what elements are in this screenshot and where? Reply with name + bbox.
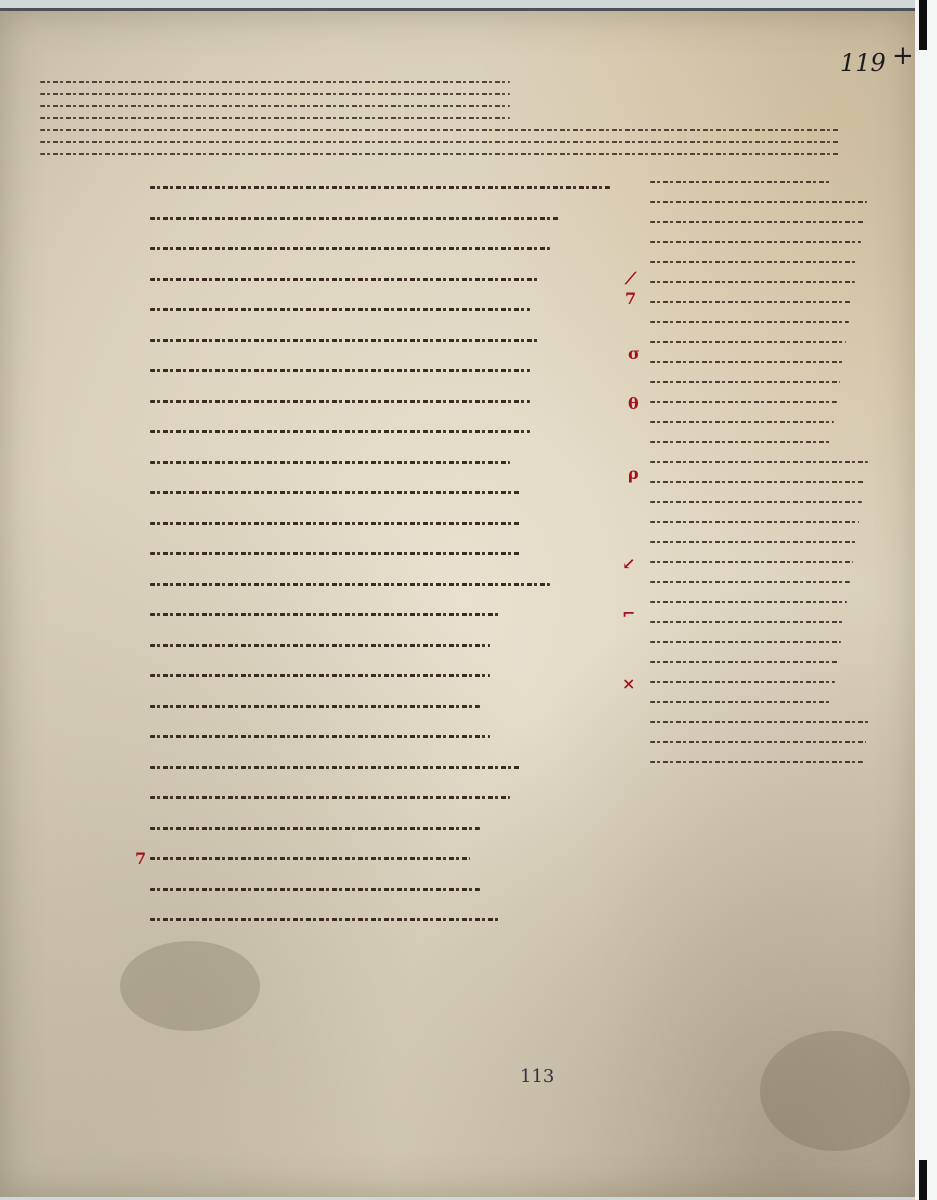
text-line	[650, 561, 853, 563]
text-line	[40, 141, 840, 143]
text-line	[150, 247, 550, 250]
text-line	[150, 888, 480, 891]
text-line	[650, 261, 858, 263]
text-line	[150, 552, 520, 555]
text-line	[40, 153, 840, 155]
text-line	[150, 674, 490, 677]
text-line	[150, 705, 480, 708]
text-line	[650, 181, 830, 183]
text-line	[650, 521, 859, 523]
text-line	[650, 341, 846, 343]
text-line	[650, 541, 856, 543]
text-line	[650, 701, 832, 703]
stain	[760, 1031, 910, 1151]
text-line	[150, 857, 470, 860]
rubric-marker: ↙	[622, 556, 635, 572]
text-line	[150, 827, 480, 830]
text-line	[150, 613, 500, 616]
text-line	[650, 661, 838, 663]
text-line	[40, 81, 510, 83]
text-line	[150, 278, 540, 281]
text-line	[650, 281, 855, 283]
text-line	[650, 241, 861, 243]
text-line	[650, 301, 852, 303]
text-line	[650, 641, 841, 643]
edge-bar	[919, 1160, 927, 1200]
folio-mark: +	[892, 41, 914, 71]
manuscript-page: ⟋7σθρ↙⌐×7 119 + 113	[0, 8, 918, 1197]
text-line	[150, 186, 610, 189]
bottom-page-number: 113	[520, 1066, 554, 1087]
text-line	[650, 361, 843, 363]
text-line	[650, 601, 847, 603]
rubric-marker: 7	[135, 851, 146, 867]
text-line	[650, 501, 862, 503]
text-line	[650, 461, 868, 463]
text-line	[650, 441, 831, 443]
text-line	[150, 583, 550, 586]
text-line	[650, 481, 865, 483]
stain	[120, 941, 260, 1031]
text-line	[650, 761, 863, 763]
scan-edge	[915, 0, 937, 1200]
text-line	[150, 217, 560, 220]
text-line	[150, 339, 540, 342]
text-line	[650, 321, 849, 323]
text-line	[650, 201, 867, 203]
text-line	[40, 105, 510, 107]
folio-number: 119	[840, 49, 886, 77]
text-line	[650, 581, 850, 583]
text-line	[650, 741, 866, 743]
text-line	[150, 308, 530, 311]
rubric-marker: 7	[625, 291, 636, 307]
text-line	[150, 735, 490, 738]
text-line	[150, 796, 510, 799]
text-line	[150, 522, 520, 525]
text-line	[40, 129, 840, 131]
rubric-marker: ⌐	[622, 606, 635, 622]
text-line	[150, 918, 500, 921]
text-line	[650, 221, 864, 223]
rubric-marker: ρ	[628, 466, 639, 482]
text-line	[150, 461, 510, 464]
text-line	[650, 621, 844, 623]
text-line	[150, 766, 520, 769]
text-line	[650, 681, 835, 683]
text-line	[150, 491, 520, 494]
text-line	[650, 381, 840, 383]
text-line	[650, 401, 837, 403]
edge-bar	[919, 0, 927, 50]
text-line	[40, 93, 510, 95]
rubric-marker: θ	[628, 396, 639, 412]
rubric-marker: ⟋	[625, 271, 636, 287]
rubric-marker: σ	[628, 346, 640, 362]
text-line	[150, 400, 530, 403]
text-line	[650, 721, 869, 723]
rubric-marker: ×	[622, 676, 635, 692]
text-line	[40, 117, 510, 119]
text-line	[150, 644, 490, 647]
text-line	[150, 369, 530, 372]
text-line	[150, 430, 530, 433]
text-line	[650, 421, 834, 423]
